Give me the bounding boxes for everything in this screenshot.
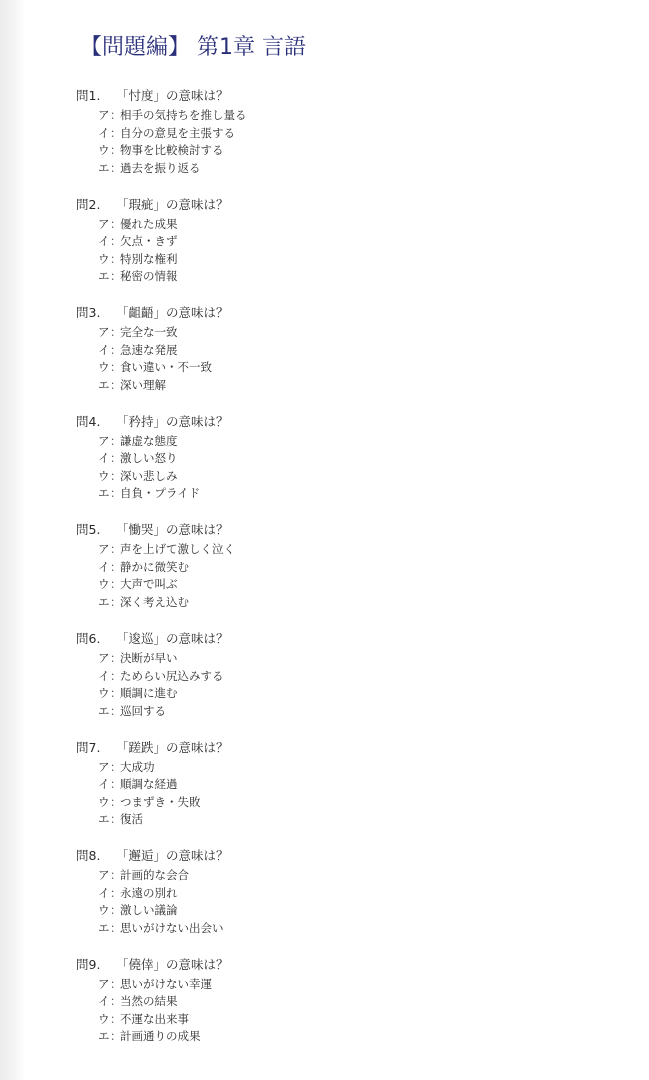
option-separator: ： (110, 885, 120, 903)
answer-option: エ：巡回する (98, 703, 476, 721)
option-text: 決断が早い (120, 651, 178, 665)
question-heading: 問5.「慟哭」の意味は？ (76, 521, 476, 541)
option-separator: ： (110, 433, 120, 451)
option-label: ア (98, 759, 110, 777)
question-number: 問1. (76, 87, 116, 105)
answer-option: ウ：食い違い・不一致 (98, 359, 476, 377)
option-list: ア：決断が早いイ：ためらい尻込みするウ：順調に進むエ：巡回する (76, 650, 476, 720)
answer-option: ア：大成功 (98, 759, 476, 777)
question-number: 問6. (76, 630, 116, 648)
question-heading: 問2.「瑕疵」の意味は？ (76, 196, 476, 216)
option-list: ア：完全な一致イ：急速な発展ウ：食い違い・不一致エ：深い理解 (76, 324, 476, 394)
option-label: ウ (98, 902, 110, 920)
option-label: ア (98, 976, 110, 994)
question-heading: 問6.「逡巡」の意味は？ (76, 630, 476, 650)
option-separator: ： (110, 902, 120, 920)
option-label: エ (98, 160, 110, 178)
option-label: ウ (98, 794, 110, 812)
option-text: 深く考え込む (120, 595, 189, 609)
option-text: 優れた成果 (120, 217, 178, 231)
option-text: 謙虚な態度 (120, 434, 178, 448)
option-label: ウ (98, 576, 110, 594)
question-number: 問2. (76, 196, 116, 214)
option-label: イ (98, 450, 110, 468)
option-text: 大声で叫ぶ (120, 577, 178, 591)
option-text: 自分の意見を主張する (120, 126, 235, 140)
option-text: 計画通りの成果 (120, 1029, 201, 1043)
question-block: 問5.「慟哭」の意味は？ア：声を上げて激しく泣くイ：静かに微笑むウ：大声で叫ぶエ… (76, 521, 476, 611)
option-separator: ： (110, 251, 120, 269)
option-label: エ (98, 377, 110, 395)
answer-option: イ：永遠の別れ (98, 885, 476, 903)
option-label: イ (98, 233, 110, 251)
answer-option: ウ：物事を比較検討する (98, 142, 476, 160)
answer-option: ウ：激しい議論 (98, 902, 476, 920)
option-separator: ： (110, 920, 120, 938)
answer-option: ウ：深い悲しみ (98, 468, 476, 486)
option-text: 欠点・きず (120, 234, 178, 248)
question-block: 問1.「忖度」の意味は？ア：相手の気持ちを推し量るイ：自分の意見を主張するウ：物… (76, 87, 476, 177)
option-text: 思いがけない幸運 (120, 977, 212, 991)
answer-option: エ：自負・プライド (98, 485, 476, 503)
answer-option: イ：欠点・きず (98, 233, 476, 251)
question-block: 問8.「邂逅」の意味は？ア：計画的な会合イ：永遠の別れウ：激しい議論エ：思いがけ… (76, 847, 476, 937)
option-text: 激しい怒り (120, 451, 178, 465)
option-separator: ： (110, 160, 120, 178)
option-text: 復活 (120, 812, 143, 826)
option-text: 順調な経過 (120, 777, 178, 791)
option-separator: ： (110, 559, 120, 577)
option-text: 食い違い・不一致 (120, 360, 212, 374)
answer-option: ア：謙虚な態度 (98, 433, 476, 451)
option-label: イ (98, 668, 110, 686)
option-text: 計画的な会合 (120, 868, 189, 882)
option-text: 思いがけない出会い (120, 921, 224, 935)
answer-option: エ：秘密の情報 (98, 268, 476, 286)
answer-option: ア：声を上げて激しく泣く (98, 541, 476, 559)
answer-option: ア：相手の気持ちを推し量る (98, 107, 476, 125)
question-heading: 問8.「邂逅」の意味は？ (76, 847, 476, 867)
option-separator: ： (110, 268, 120, 286)
option-label: イ (98, 993, 110, 1011)
question-heading: 問9.「僥倖」の意味は？ (76, 956, 476, 976)
answer-option: エ：深い理解 (98, 377, 476, 395)
question-number: 問9. (76, 956, 116, 974)
option-label: エ (98, 485, 110, 503)
answer-option: イ：当然の結果 (98, 993, 476, 1011)
option-list: ア：思いがけない幸運イ：当然の結果ウ：不運な出来事エ：計画通りの成果 (76, 976, 476, 1046)
option-separator: ： (110, 541, 120, 559)
question-prompt: 「齟齬」の意味は？ (116, 305, 229, 320)
answer-option: イ：自分の意見を主張する (98, 125, 476, 143)
option-label: イ (98, 776, 110, 794)
option-separator: ： (110, 233, 120, 251)
option-text: 完全な一致 (120, 325, 178, 339)
question-block: 問4.「矜持」の意味は？ア：謙虚な態度イ：激しい怒りウ：深い悲しみエ：自負・プラ… (76, 413, 476, 503)
question-prompt: 「蹉跌」の意味は？ (116, 740, 229, 755)
option-text: 激しい議論 (120, 903, 178, 917)
option-separator: ： (110, 668, 120, 686)
option-text: 特別な権利 (120, 252, 178, 266)
question-heading: 問1.「忖度」の意味は？ (76, 87, 476, 107)
option-label: エ (98, 1028, 110, 1046)
question-heading: 問4.「矜持」の意味は？ (76, 413, 476, 433)
option-label: イ (98, 559, 110, 577)
option-label: エ (98, 594, 110, 612)
option-text: 急速な発展 (120, 343, 178, 357)
option-separator: ： (110, 594, 120, 612)
option-label: ウ (98, 359, 110, 377)
option-separator: ： (110, 450, 120, 468)
answer-option: イ：順調な経過 (98, 776, 476, 794)
option-label: ア (98, 324, 110, 342)
option-label: エ (98, 811, 110, 829)
answer-option: ア：優れた成果 (98, 216, 476, 234)
answer-option: エ：復活 (98, 811, 476, 829)
option-text: つまずき・失敗 (120, 795, 201, 809)
page-edge-shadow (0, 0, 26, 1080)
question-number: 問4. (76, 413, 116, 431)
option-separator: ： (110, 650, 120, 668)
answer-option: イ：急速な発展 (98, 342, 476, 360)
option-separator: ： (110, 993, 120, 1011)
question-prompt: 「僥倖」の意味は？ (116, 957, 229, 972)
answer-option: イ：ためらい尻込みする (98, 668, 476, 686)
option-separator: ： (110, 342, 120, 360)
option-separator: ： (110, 811, 120, 829)
option-separator: ： (110, 576, 120, 594)
answer-option: ウ：順調に進む (98, 685, 476, 703)
document-page: 【問題編】 第1章 言語 問1.「忖度」の意味は？ア：相手の気持ちを推し量るイ：… (0, 0, 649, 1080)
option-separator: ： (110, 468, 120, 486)
question-number: 問3. (76, 304, 116, 322)
option-text: 過去を振り返る (120, 161, 201, 175)
answer-option: ウ：大声で叫ぶ (98, 576, 476, 594)
option-text: 自負・プライド (120, 486, 200, 500)
question-prompt: 「瑕疵」の意味は？ (116, 197, 229, 212)
option-text: 声を上げて激しく泣く (120, 542, 235, 556)
option-label: エ (98, 268, 110, 286)
option-list: ア：謙虚な態度イ：激しい怒りウ：深い悲しみエ：自負・プライド (76, 433, 476, 503)
option-label: ウ (98, 685, 110, 703)
option-text: 永遠の別れ (120, 886, 178, 900)
option-list: ア：相手の気持ちを推し量るイ：自分の意見を主張するウ：物事を比較検討するエ：過去… (76, 107, 476, 177)
option-label: ウ (98, 251, 110, 269)
option-separator: ： (110, 1011, 120, 1029)
answer-option: エ：過去を振り返る (98, 160, 476, 178)
question-block: 問2.「瑕疵」の意味は？ア：優れた成果イ：欠点・きずウ：特別な権利エ：秘密の情報 (76, 196, 476, 286)
question-block: 問3.「齟齬」の意味は？ア：完全な一致イ：急速な発展ウ：食い違い・不一致エ：深い… (76, 304, 476, 394)
option-separator: ： (110, 1028, 120, 1046)
option-label: イ (98, 125, 110, 143)
option-separator: ： (110, 324, 120, 342)
option-label: ア (98, 650, 110, 668)
answer-option: エ：思いがけない出会い (98, 920, 476, 938)
page-title: 【問題編】 第1章 言語 (80, 30, 306, 61)
option-separator: ： (110, 142, 120, 160)
question-prompt: 「忖度」の意味は？ (116, 88, 229, 103)
option-label: ウ (98, 468, 110, 486)
question-number: 問7. (76, 739, 116, 757)
option-text: 秘密の情報 (120, 269, 178, 283)
option-label: ア (98, 541, 110, 559)
option-separator: ： (110, 485, 120, 503)
option-separator: ： (110, 759, 120, 777)
option-label: ウ (98, 1011, 110, 1029)
question-heading: 問3.「齟齬」の意味は？ (76, 304, 476, 324)
answer-option: ウ：特別な権利 (98, 251, 476, 269)
option-text: 静かに微笑む (120, 560, 189, 574)
question-block: 問6.「逡巡」の意味は？ア：決断が早いイ：ためらい尻込みするウ：順調に進むエ：巡… (76, 630, 476, 720)
question-prompt: 「逡巡」の意味は？ (116, 631, 229, 646)
option-separator: ： (110, 377, 120, 395)
option-list: ア：声を上げて激しく泣くイ：静かに微笑むウ：大声で叫ぶエ：深く考え込む (76, 541, 476, 611)
question-number: 問8. (76, 847, 116, 865)
option-label: イ (98, 885, 110, 903)
option-label: イ (98, 342, 110, 360)
question-heading: 問7.「蹉跌」の意味は？ (76, 739, 476, 759)
option-separator: ： (110, 867, 120, 885)
answer-option: ア：完全な一致 (98, 324, 476, 342)
option-text: 不運な出来事 (120, 1012, 189, 1026)
question-prompt: 「矜持」の意味は？ (116, 414, 229, 429)
option-list: ア：優れた成果イ：欠点・きずウ：特別な権利エ：秘密の情報 (76, 216, 476, 286)
option-separator: ： (110, 794, 120, 812)
question-block: 問9.「僥倖」の意味は？ア：思いがけない幸運イ：当然の結果ウ：不運な出来事エ：計… (76, 956, 476, 1046)
option-text: 巡回する (120, 704, 166, 718)
option-label: ア (98, 107, 110, 125)
option-separator: ： (110, 685, 120, 703)
option-label: エ (98, 920, 110, 938)
option-label: ウ (98, 142, 110, 160)
question-number: 問5. (76, 521, 116, 539)
answer-option: ア：決断が早い (98, 650, 476, 668)
option-label: ア (98, 216, 110, 234)
option-text: 順調に進む (120, 686, 178, 700)
option-separator: ： (110, 976, 120, 994)
answer-option: イ：静かに微笑む (98, 559, 476, 577)
option-text: 深い理解 (120, 378, 166, 392)
option-separator: ： (110, 776, 120, 794)
answer-option: ウ：不運な出来事 (98, 1011, 476, 1029)
answer-option: エ：深く考え込む (98, 594, 476, 612)
option-text: 物事を比較検討する (120, 143, 224, 157)
answer-option: ア：思いがけない幸運 (98, 976, 476, 994)
option-separator: ： (110, 216, 120, 234)
option-text: 当然の結果 (120, 994, 178, 1008)
answer-option: ウ：つまずき・失敗 (98, 794, 476, 812)
option-label: ア (98, 433, 110, 451)
answer-option: エ：計画通りの成果 (98, 1028, 476, 1046)
option-text: 大成功 (120, 760, 155, 774)
option-label: エ (98, 703, 110, 721)
option-text: 相手の気持ちを推し量る (120, 108, 247, 122)
option-list: ア：計画的な会合イ：永遠の別れウ：激しい議論エ：思いがけない出会い (76, 867, 476, 937)
question-prompt: 「邂逅」の意味は？ (116, 848, 229, 863)
question-prompt: 「慟哭」の意味は？ (116, 522, 229, 537)
question-block: 問7.「蹉跌」の意味は？ア：大成功イ：順調な経過ウ：つまずき・失敗エ：復活 (76, 739, 476, 829)
option-list: ア：大成功イ：順調な経過ウ：つまずき・失敗エ：復活 (76, 759, 476, 829)
answer-option: ア：計画的な会合 (98, 867, 476, 885)
option-separator: ： (110, 359, 120, 377)
option-text: 深い悲しみ (120, 469, 178, 483)
option-separator: ： (110, 703, 120, 721)
answer-option: イ：激しい怒り (98, 450, 476, 468)
option-separator: ： (110, 107, 120, 125)
option-label: ア (98, 867, 110, 885)
option-separator: ： (110, 125, 120, 143)
option-text: ためらい尻込みする (120, 669, 224, 683)
